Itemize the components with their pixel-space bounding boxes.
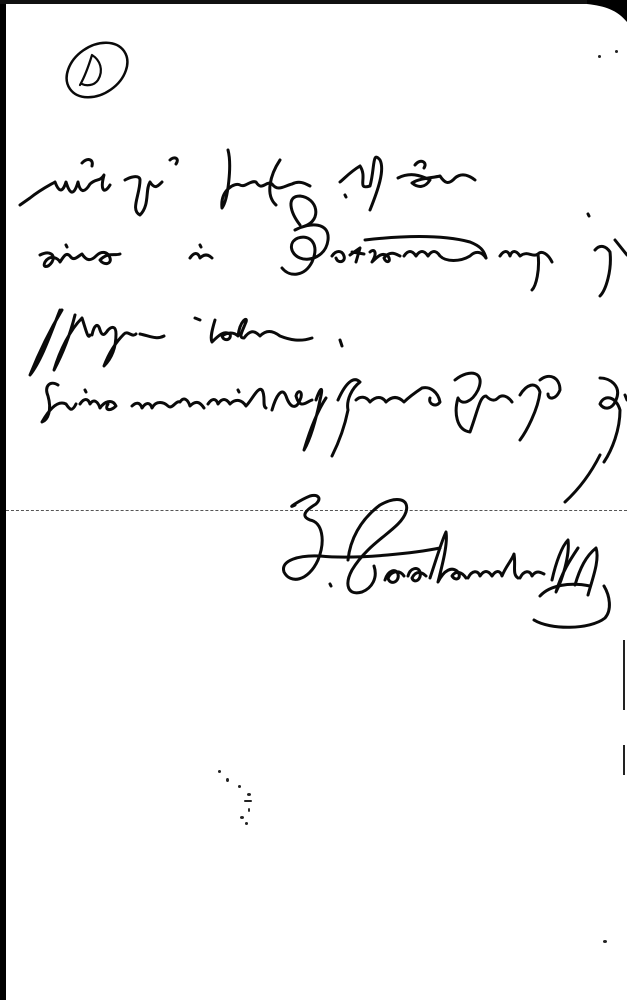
scan-speck	[603, 940, 607, 943]
document-page: und zu sehen, daß der diner in Potsdam n…	[0, 0, 627, 1000]
scan-speck	[598, 55, 601, 58]
handwriting-line-1	[20, 150, 475, 215]
scan-speck	[238, 785, 241, 788]
scan-speck	[218, 770, 221, 773]
scan-speck	[240, 816, 244, 819]
handwriting-line-4	[42, 373, 627, 462]
handwriting-line-3	[30, 310, 342, 375]
closing-stroke	[565, 455, 600, 502]
signature-ink	[283, 495, 609, 627]
handwriting-ink	[0, 0, 627, 1000]
page-marker-circled	[56, 31, 138, 108]
scan-speck	[226, 778, 229, 782]
scan-speck	[615, 50, 618, 53]
scan-speck	[247, 793, 251, 796]
handwriting-line-2	[40, 196, 627, 296]
scan-speck	[244, 800, 252, 802]
scan-speck	[248, 808, 250, 812]
scan-speck	[245, 822, 248, 825]
